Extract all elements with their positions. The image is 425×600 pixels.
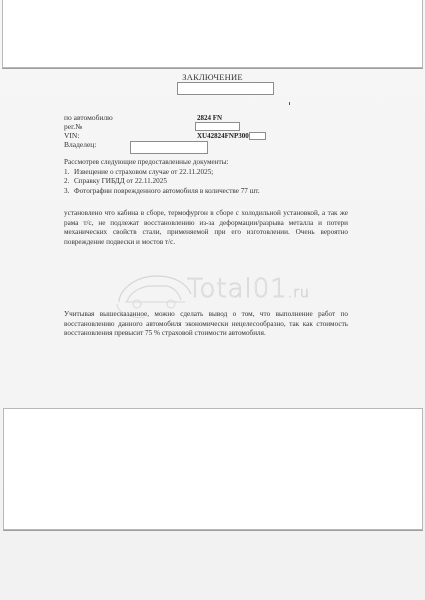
document-item: 1.Извещение о страховом случае от 22.11.… <box>64 168 364 178</box>
reg-number-label: рег.№ <box>64 122 82 131</box>
redacted-signature-block <box>3 408 423 530</box>
conclusion-paragraph: Учитывая вышесказанное, можно сделать вы… <box>64 310 348 339</box>
document-item: 3.Фотографии поврежденного автомобиля в … <box>64 187 364 197</box>
vehicle-model-value: 2824 FN <box>197 114 222 122</box>
documents-intro: Рассмотрев следующие предоставленные док… <box>64 158 364 168</box>
stray-mark <box>289 102 290 105</box>
redacted-title-field <box>177 82 274 95</box>
document-title: ЗАКЛЮЧЕНИЕ <box>0 72 425 82</box>
documents-list: 1.Извещение о страховом случае от 22.11.… <box>64 168 364 197</box>
vehicle-label: по автомобилю <box>64 113 113 122</box>
finding-paragraph: установлено что кабина в сборе, термофур… <box>64 209 348 247</box>
document-item: 2.Справку ГИБДД от 22.11.2025 <box>64 177 364 187</box>
vin-value: XU42824FNP300 <box>197 132 249 140</box>
vin-label: VIN: <box>64 131 79 140</box>
documents-section: Рассмотрев следующие предоставленные док… <box>64 158 364 196</box>
redacted-vin-suffix-field <box>249 132 266 140</box>
owner-label: Владелец: <box>64 140 96 149</box>
redacted-header-block <box>2 0 423 68</box>
redacted-reg-number-field <box>195 122 240 131</box>
redacted-owner-field <box>130 141 208 154</box>
